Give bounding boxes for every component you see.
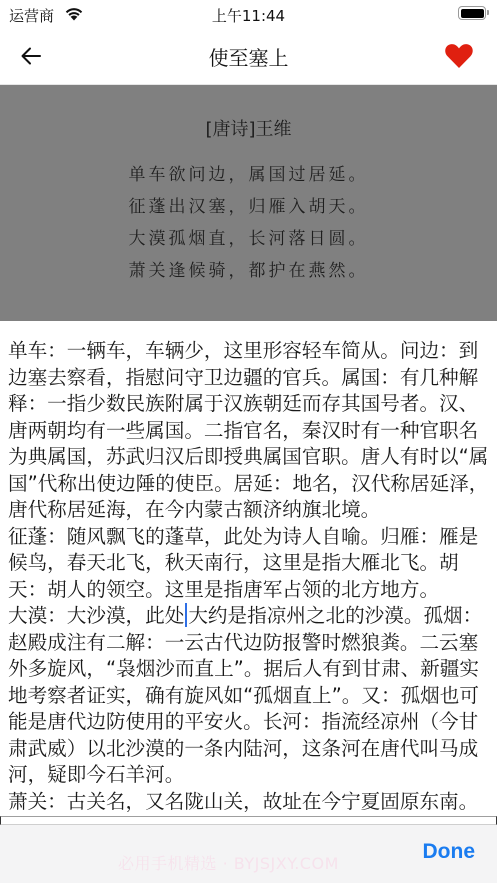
page-title: 使至塞上 — [0, 42, 497, 71]
back-button[interactable] — [18, 42, 46, 70]
annotation-text-view[interactable]: 单车：一辆车，车辆少，这里形容轻车简从。问边：到边塞去察看，指慰问守卫边疆的官兵… — [8, 338, 492, 812]
watermark: 必用手机精选 · BYJSJXY.COM — [118, 851, 339, 874]
battery-tip — [487, 10, 489, 15]
note-text: 大约是指凉州之北的沙漠。孤烟：赵殿成注有二解：一云古代边防报警时燃狼粪。二云塞外… — [8, 604, 482, 786]
status-bar: 运营商 上午11:44 — [0, 0, 497, 28]
poem-lines: 单车欲问边，属国过居延。 征蓬出汉塞，归雁入胡天。 大漠孤烟直，长河落日圆。 萧… — [0, 159, 497, 287]
poem-line: 大漠孤烟直，长河落日圆。 — [0, 223, 497, 255]
poem-author: [唐诗]王维 — [0, 115, 497, 141]
favorite-button[interactable] — [444, 42, 474, 70]
clock: 上午11:44 — [0, 5, 497, 26]
poem-line: 萧关逢候骑，都护在燕然。 — [0, 255, 497, 287]
done-button[interactable]: Done — [423, 840, 476, 864]
poem-line: 征蓬出汉塞，归雁入胡天。 — [0, 191, 497, 223]
note-paragraph: 大漠：大沙漠，此处大约是指凉州之北的沙漠。孤烟：赵殿成注有二解：一云古代边防报警… — [8, 603, 492, 789]
note-paragraph: 征蓬：随风飘飞的蓬草，此处为诗人自喻。归雁：雁是候鸟，春天北飞，秋天南行，这里是… — [8, 524, 492, 604]
note-text: 大漠：大沙漠，此处 — [8, 604, 184, 627]
battery-icon — [458, 6, 486, 20]
poem-panel: [唐诗]王维 单车欲问边，属国过居延。 征蓬出汉塞，归雁入胡天。 大漠孤烟直，长… — [0, 85, 497, 321]
note-paragraph: 单车：一辆车，车辆少，这里形容轻车简从。问边：到边塞去察看，指慰问守卫边疆的官兵… — [8, 338, 492, 524]
heart-icon — [444, 42, 474, 70]
keyboard-toolbar: 必用手机精选 · BYJSJXY.COM Done — [0, 825, 497, 883]
navigation-bar: 使至塞上 — [0, 28, 497, 85]
arrow-left-icon — [18, 42, 46, 70]
poem-line: 单车欲问边，属国过居延。 — [0, 159, 497, 191]
text-input-strip[interactable] — [0, 816, 497, 825]
note-paragraph: 萧关：古关名，又名陇山关，故址在今宁夏固原东南。候骑：负责侦察、通讯的骑兵。都护… — [8, 789, 492, 813]
